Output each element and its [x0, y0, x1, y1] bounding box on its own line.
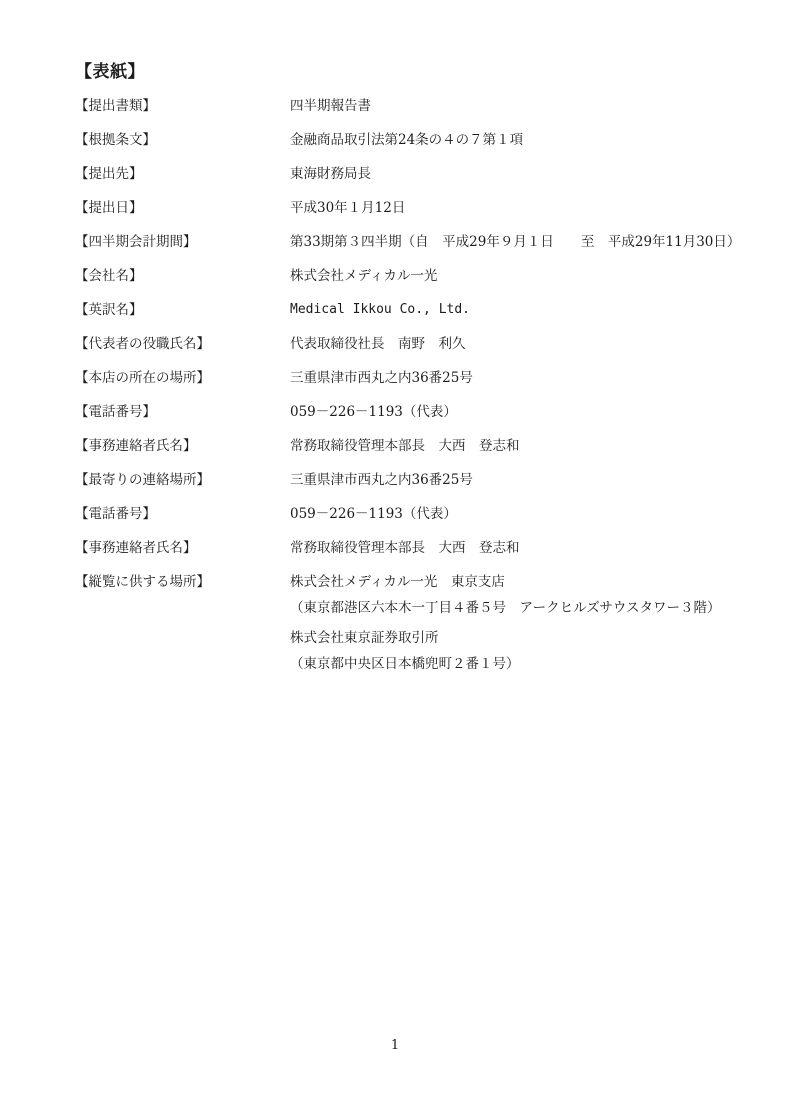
field-label: 【英訳名】	[75, 300, 290, 320]
field-label: 【根拠条文】	[75, 130, 290, 150]
inspection-place-exchange-address: （東京都中央区日本橋兜町２番１号）	[290, 654, 735, 674]
field-label: 【提出書類】	[75, 96, 290, 116]
field-row-legal-basis: 【根拠条文】 金融商品取引法第24条の４の７第１項	[75, 130, 735, 150]
field-label: 【事務連絡者氏名】	[75, 538, 290, 558]
page-title: 【表紙】	[75, 57, 145, 82]
field-value: 三重県津市西丸之内36番25号	[290, 368, 735, 388]
field-row-submission-date: 【提出日】 平成30年１月12日	[75, 198, 735, 218]
field-label: 【電話番号】	[75, 504, 290, 524]
field-label: 【提出日】	[75, 198, 290, 218]
field-value: 四半期報告書	[290, 96, 735, 116]
field-value: 金融商品取引法第24条の４の７第１項	[290, 130, 735, 150]
field-value: 東海財務局長	[290, 164, 735, 184]
field-row-english-name: 【英訳名】 Medical Ikkou Co., Ltd.	[75, 300, 735, 320]
field-value: 平成30年１月12日	[290, 198, 735, 218]
inspection-place-branch: 株式会社メディカル一光 東京支店	[290, 572, 735, 592]
field-row-phone-number-1: 【電話番号】 059－226－1193（代表）	[75, 402, 735, 422]
field-value: 059－226－1193（代表）	[290, 402, 735, 422]
field-value: 代表取締役社長 南野 利久	[290, 334, 735, 354]
field-label: 【事務連絡者氏名】	[75, 436, 290, 456]
field-label: 【電話番号】	[75, 402, 290, 422]
inspection-place-branch-address: （東京都港区六本木一丁目４番５号 アークヒルズサウスタワー３階）	[290, 598, 735, 618]
field-row-representative: 【代表者の役職氏名】 代表取締役社長 南野 利久	[75, 334, 735, 354]
field-row-submitted-to: 【提出先】 東海財務局長	[75, 164, 735, 184]
field-value: 三重県津市西丸之内36番25号	[290, 470, 735, 490]
field-row-public-inspection-places: 【縦覧に供する場所】 株式会社メディカル一光 東京支店 （東京都港区六本木一丁目…	[75, 572, 735, 674]
field-value: 059－226－1193（代表）	[290, 504, 735, 524]
field-row-head-office-location: 【本店の所在の場所】 三重県津市西丸之内36番25号	[75, 368, 735, 388]
field-label: 【提出先】	[75, 164, 290, 184]
inspection-place-exchange: 株式会社東京証券取引所	[290, 628, 735, 648]
field-row-quarterly-period: 【四半期会計期間】 第33期第３四半期（自 平成29年９月１日 至 平成29年1…	[75, 232, 735, 252]
field-row-company-name: 【会社名】 株式会社メディカル一光	[75, 266, 735, 286]
field-value: 第33期第３四半期（自 平成29年９月１日 至 平成29年11月30日）	[290, 232, 740, 252]
field-row-phone-number-2: 【電話番号】 059－226－1193（代表）	[75, 504, 735, 524]
field-value: Medical Ikkou Co., Ltd.	[290, 300, 735, 320]
cover-fields: 【提出書類】 四半期報告書 【根拠条文】 金融商品取引法第24条の４の７第１項 …	[75, 96, 735, 688]
field-label: 【最寄りの連絡場所】	[75, 470, 290, 490]
report-cover-page: 【表紙】 【提出書類】 四半期報告書 【根拠条文】 金融商品取引法第24条の４の…	[0, 0, 790, 1118]
field-label: 【四半期会計期間】	[75, 232, 290, 252]
field-label: 【代表者の役職氏名】	[75, 334, 290, 354]
field-label: 【会社名】	[75, 266, 290, 286]
field-row-contact-person-1: 【事務連絡者氏名】 常務取締役管理本部長 大西 登志和	[75, 436, 735, 456]
field-row-contact-person-2: 【事務連絡者氏名】 常務取締役管理本部長 大西 登志和	[75, 538, 735, 558]
field-label: 【縦覧に供する場所】	[75, 572, 290, 592]
field-value: 常務取締役管理本部長 大西 登志和	[290, 436, 735, 456]
field-value: 常務取締役管理本部長 大西 登志和	[290, 538, 735, 558]
field-value-multiline: 株式会社メディカル一光 東京支店 （東京都港区六本木一丁目４番５号 アークヒルズ…	[290, 572, 735, 674]
field-label: 【本店の所在の場所】	[75, 368, 290, 388]
field-row-submitted-document: 【提出書類】 四半期報告書	[75, 96, 735, 116]
field-value: 株式会社メディカル一光	[290, 266, 735, 286]
page-number: 1	[0, 1038, 790, 1054]
field-row-nearest-contact-location: 【最寄りの連絡場所】 三重県津市西丸之内36番25号	[75, 470, 735, 490]
